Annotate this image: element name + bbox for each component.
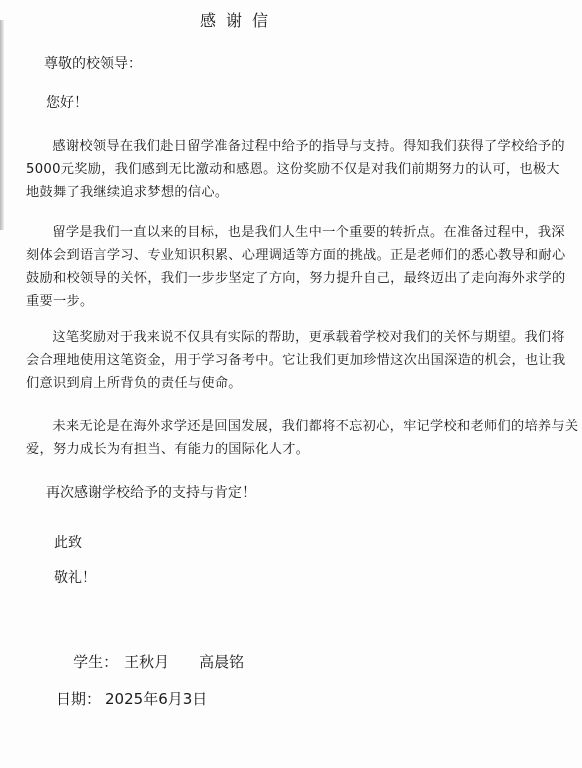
date-line: 日期：2025年6月3日 — [56, 688, 207, 709]
body-paragraph-1: 感谢校领导在我们赴日留学准备过程中给予的指导与支持。得知我们获得了学校给予的50… — [26, 135, 566, 204]
body-paragraph-2: 留学是我们一直以来的目标，也是我们人生中一个重要的转折点。在准备过程中，我深刻体… — [26, 221, 578, 313]
signer-name-1: 王秋月 — [124, 653, 169, 671]
date-label: 日期： — [56, 690, 101, 708]
signature-label: 学生： — [73, 653, 118, 671]
body-paragraph-4: 未来无论是在海外求学还是回国发展，我们都将不忘初心，牢记学校和老师们的培养与关爱… — [26, 415, 582, 461]
scanned-letter-page: 感谢信 尊敬的校领导： 您好！ 感谢校领导在我们赴日留学准备过程中给予的指导与支… — [0, 0, 582, 768]
valediction-jingli: 敬礼！ — [54, 567, 96, 587]
letter-title: 感谢信 — [200, 8, 278, 31]
signer-name-2: 高晨铭 — [199, 653, 244, 671]
date-value: 2025年6月3日 — [105, 690, 207, 708]
signature-block: 学生：王秋月高晨铭 — [54, 633, 244, 690]
body-paragraph-3: 这笔奖励对于我来说不仅具有实际的帮助，更承载着学校对我们的关怀与期望。我们将会合… — [26, 326, 574, 395]
greeting: 您好！ — [46, 92, 88, 112]
salutation: 尊敬的校领导： — [44, 53, 142, 73]
valediction-cizhi: 此致 — [54, 532, 82, 552]
scan-edge-shadow — [0, 20, 4, 230]
closing-line: 再次感谢学校给予的支持与肯定！ — [46, 482, 256, 502]
